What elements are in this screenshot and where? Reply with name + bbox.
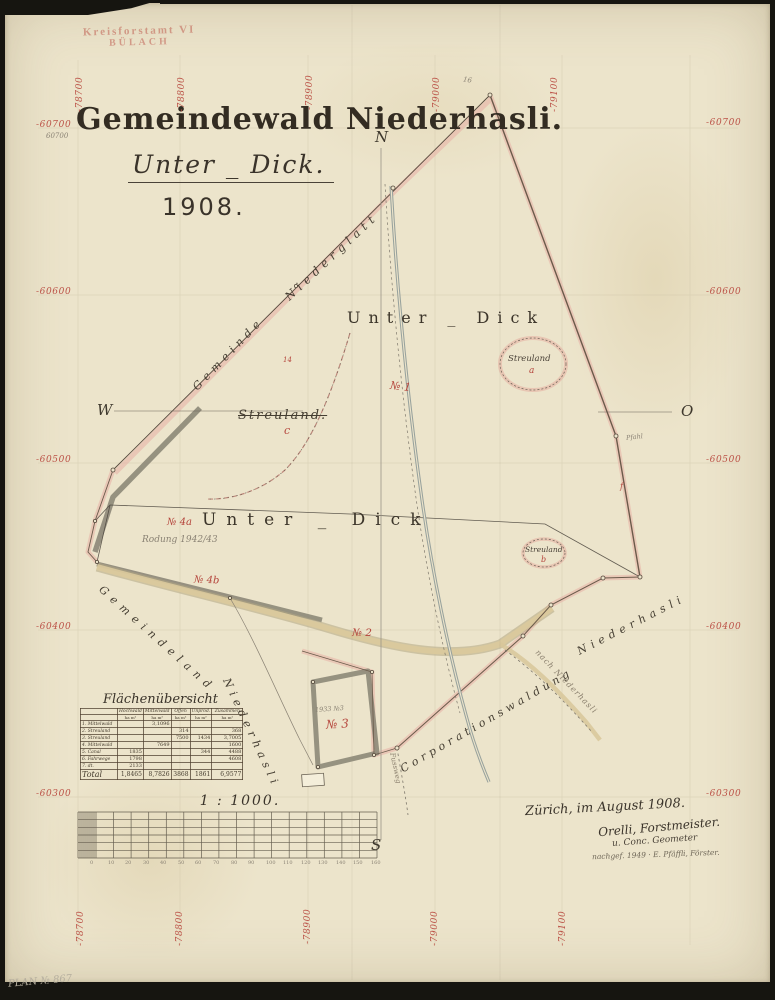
table-row-label: 4. Mittelwald [81, 742, 118, 749]
table-cell [190, 721, 212, 728]
table-cell [171, 721, 190, 728]
table-cell [212, 721, 243, 728]
scale-tick: 140 [336, 860, 346, 866]
scale-tick: 40 [160, 860, 166, 866]
pencil-note-16: 16 [462, 75, 472, 84]
table-cell: 344 [190, 749, 212, 756]
table-row-label: 7. dt. [81, 763, 118, 770]
grid-label-right: -60400 [706, 622, 741, 632]
table-row: 4. Mittelwald 7649 1600 [81, 742, 243, 749]
table-cell [143, 735, 171, 742]
scale-tick: 90 [248, 860, 254, 866]
parcel-no2: № 2 [352, 627, 372, 639]
grid-label-left: -60500 [36, 455, 71, 465]
stone-number-14: 14 [283, 356, 292, 364]
grid-label-top: -79100 [550, 77, 560, 112]
streuland-a-label: Streuland [508, 354, 551, 364]
table-total-row: Total 1,8465 8,7826 3868 1861 6,9577 [81, 770, 243, 780]
table-total-cell: 8,7826 [143, 770, 171, 780]
table-cell [171, 742, 190, 749]
table-cell: 3,7005 [212, 735, 243, 742]
table-col-header: Unprod. [190, 709, 212, 715]
area-label-unter-dick-south: Unter _ Dick [202, 510, 431, 530]
grid-label-top: -79000 [432, 77, 442, 112]
table-cell [143, 763, 171, 770]
scale-tick: 50 [178, 860, 184, 866]
scale-tick: 10 [108, 860, 114, 866]
table-total-cell: 1861 [190, 770, 212, 780]
grid-label-bottom: -78800 [175, 911, 185, 946]
grid-label-right: -60600 [706, 287, 741, 297]
grid-label-bottom: -79000 [430, 911, 440, 946]
table-row-label: 3. Streuland [81, 735, 118, 742]
table-row: 6. Fahrwege 1798 4608 [81, 756, 243, 763]
scale-bar [78, 812, 377, 858]
grid-label-right: -60700 [706, 118, 741, 128]
table-cell [118, 728, 144, 735]
table-row: 2. Streuland 314 368 [81, 728, 243, 735]
scale-tick: 110 [283, 860, 293, 866]
table-total-cell: 1,8465 [118, 770, 144, 780]
grid-label-left: -60700 [36, 120, 71, 130]
grid-label-left: -60300 [36, 789, 71, 799]
grid-label-bottom: -78900 [303, 909, 313, 944]
table-col-header: Mittelwald [143, 709, 171, 715]
table-total-label: Total [81, 770, 118, 780]
scale-tick: 0 [90, 860, 93, 866]
scale-tick: 100 [266, 860, 276, 866]
table-cell: 4608 [212, 756, 243, 763]
canal [385, 184, 489, 782]
streuland-c-label: Streuland. [238, 408, 327, 423]
scale-tick: 30 [143, 860, 149, 866]
table-cell [190, 756, 212, 763]
scale-tick: 150 [353, 860, 363, 866]
table-row: 7. dt. 2133 [81, 763, 243, 770]
map-title: Gemeindewald Niederhasli. [76, 102, 563, 137]
scale-tick: 120 [301, 860, 311, 866]
table-cell [143, 749, 171, 756]
grid-label-pencil-ghost: 60700 [46, 132, 68, 140]
table-row-label: 1. Mittelwald [81, 721, 118, 728]
grid-label-bottom: -78700 [76, 911, 86, 946]
table-cell: 368 [212, 728, 243, 735]
grid-label-right: -60500 [706, 455, 741, 465]
table-cell: 314 [171, 728, 190, 735]
parcel-no1: № 1 [389, 379, 411, 394]
table-cell: 1434 [190, 735, 212, 742]
table-row-label: 6. Fahrwege [81, 756, 118, 763]
compass-west: W [97, 401, 112, 419]
grid-label-left: -60600 [36, 287, 71, 297]
table-row: 3. Streuland 7500 1434 3,7005 [81, 735, 243, 742]
compass-north: N [375, 128, 388, 146]
grid-label-right: -60300 [706, 789, 741, 799]
parcel-no3: № 3 [326, 716, 350, 731]
compass-east: O [681, 402, 693, 420]
office-stamp: Kreisforstamt VI BÜLACH [83, 24, 196, 50]
building [302, 773, 325, 787]
table-cell: 7649 [143, 742, 171, 749]
table-row: 5. Canal 1835 344 4488 [81, 749, 243, 756]
grid-label-top: -78900 [305, 75, 315, 110]
sheet-edge-right [770, 0, 775, 1000]
area-label-unter-dick-north: Unter _ Dick [347, 308, 545, 327]
sheet-edge-bottom [0, 982, 775, 1000]
parcel-no4b: № 4b [194, 575, 220, 587]
pencil-note-rodung: Rodung 1942/43 [142, 535, 218, 545]
table-cell [171, 749, 190, 756]
streuland-a-letter: a [529, 366, 534, 376]
table-cell [171, 763, 190, 770]
grid-label-top: -78800 [177, 77, 187, 112]
table-cell [212, 763, 243, 770]
table-cell: 1798 [118, 756, 144, 763]
table-row-label: 5. Canal [81, 749, 118, 756]
table-cell [118, 735, 144, 742]
table-total-cell: 6,9577 [212, 770, 243, 780]
table-row: 1. Mittelwald 3,1096 [81, 721, 243, 728]
table-cell [171, 756, 190, 763]
area-summary-table: Hochwald Mittelwald Offen Unprod. Zusamm… [80, 708, 243, 780]
scale-tick: 80 [231, 860, 237, 866]
map-subtitle: Unter _ Dick. [128, 150, 334, 183]
table-cell: 2133 [118, 763, 144, 770]
parcel-no4a: № 4a [167, 517, 192, 528]
streuland-b-label: Streuland [525, 545, 563, 554]
table-cell: 4488 [212, 749, 243, 756]
scanned-map-sheet: Kreisforstamt VI BÜLACH Gemeindewald Nie… [0, 0, 775, 1000]
table-cell: 3,1096 [143, 721, 171, 728]
scale-tick: 130 [318, 860, 328, 866]
scale-ratio: 1 : 1000. [180, 793, 300, 809]
table-cell [190, 763, 212, 770]
table-col-header: Hochwald [118, 709, 144, 715]
table-cell [143, 756, 171, 763]
sheet-edge-left [0, 0, 5, 1000]
table-cell: 1835 [118, 749, 144, 756]
table-cell: 7500 [171, 735, 190, 742]
table-title: Flächenübersicht [103, 692, 218, 707]
table-row-label: 2. Streuland [81, 728, 118, 735]
scale-tick: 20 [125, 860, 131, 866]
table-col-header: Zusammen [212, 709, 243, 715]
stone-letter-f: f [620, 482, 623, 491]
table-total-cell: 3868 [171, 770, 190, 780]
grid-label-top: -78700 [75, 77, 85, 112]
grid-label-left: -60400 [36, 622, 71, 632]
scale-tick: 60 [195, 860, 201, 866]
sheet-edge-top [160, 0, 775, 4]
table-cell [190, 728, 212, 735]
scale-tick: 70 [213, 860, 219, 866]
table-cell: 1600 [212, 742, 243, 749]
streuland-b-letter: b [541, 555, 546, 564]
streuland-c-letter: c [284, 424, 290, 437]
fold-creases [352, 5, 500, 980]
scale-tick: 160 [371, 860, 381, 866]
grid-label-bottom: -79100 [558, 911, 568, 946]
table-cell [143, 728, 171, 735]
table-cell [118, 721, 144, 728]
table-cell [118, 742, 144, 749]
compass-south: S [371, 836, 381, 854]
map-year: 1908. [162, 193, 246, 221]
table-cell [190, 742, 212, 749]
